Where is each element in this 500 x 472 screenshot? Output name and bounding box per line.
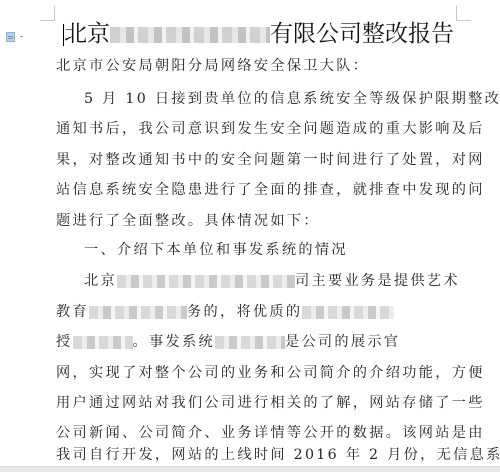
- title-suffix: 有限公司整改报告: [270, 21, 454, 47]
- paragraph1-line5[interactable]: 题进行了全面整改。具体情况如下：: [56, 211, 320, 231]
- redacted-company-name: [110, 27, 270, 43]
- redacted-text: [302, 306, 394, 319]
- redacted-text: [117, 275, 295, 288]
- text-segment: 。事发系统: [133, 334, 215, 350]
- paragraph2-line3[interactable]: 授。事发系统是公司的展示官: [56, 332, 400, 352]
- paragraph2-line2[interactable]: 教育务的，将优质的: [56, 302, 394, 322]
- text-segment: 务的，将优质的: [187, 304, 302, 320]
- addressee[interactable]: 北京市公安局朝阳分局网络安全保卫大队：: [56, 56, 369, 76]
- title-prefix: 北京: [64, 21, 110, 47]
- crop-mark-top-right: [456, 6, 471, 21]
- text-segment: 教育: [56, 304, 89, 320]
- document-page: 北京有限公司整改报告 北京市公安局朝阳分局网络安全保卫大队： 5 月 10 日接…: [0, 0, 500, 466]
- section1-heading[interactable]: 一、介绍下本单位和事发系统的情况: [84, 240, 348, 260]
- paragraph2-line7[interactable]: 我司自行开发，网站的上线时间 2016 年 2 月份，无信息系: [56, 445, 500, 465]
- text-segment: 北京: [84, 273, 117, 289]
- redacted-system-name: [215, 336, 285, 349]
- paragraph1-line1[interactable]: 5 月 10 日接到贵单位的信息系统安全等级保护限期整改: [84, 89, 500, 109]
- redacted-text: [73, 336, 133, 349]
- text-segment: 授: [56, 334, 73, 350]
- paragraph1-line2[interactable]: 通知书后，我公司意识到发生安全问题造成的重大影响及后: [56, 119, 485, 139]
- paragraph1-line4[interactable]: 站信息系统安全隐患进行了全面的排查，就排查中发现的问: [56, 180, 485, 200]
- paragraph2-line6[interactable]: 公司新闻、公司简介、业务详情等公开的数据。该网站是由: [56, 423, 485, 443]
- page-bottom-edge: [0, 466, 500, 472]
- text-segment: 是公司的展示官: [285, 334, 400, 350]
- paragraph1-line3[interactable]: 果，对整改通知书中的安全问题第一时间进行了处置，对网: [56, 150, 485, 170]
- crop-mark-top-left: [40, 6, 55, 21]
- redacted-text: [89, 306, 187, 319]
- paragraph2-line1[interactable]: 北京司主要业务是提供艺术: [84, 271, 460, 291]
- document-title[interactable]: 北京有限公司整改报告: [64, 19, 454, 49]
- paragraph2-line5[interactable]: 用户通过网站对我们公司进行相关的了解，网站存储了一些: [56, 393, 485, 413]
- dropdown-dot-icon[interactable]: [20, 36, 23, 37]
- paragraph2-line4[interactable]: 网，实现了对整个公司的业务和公司简介的介绍功能，方便: [56, 363, 485, 383]
- document-icon[interactable]: [6, 32, 15, 42]
- text-segment: 司主要业务是提供艺术: [295, 273, 460, 289]
